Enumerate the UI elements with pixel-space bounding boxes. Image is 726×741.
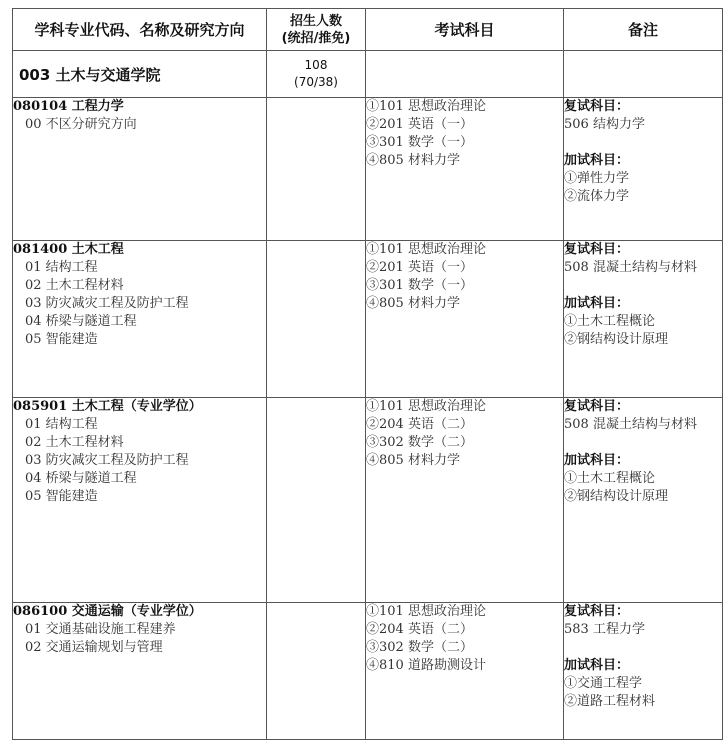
major-title: 085901 土木工程（专业学位）	[13, 398, 266, 416]
retest-item: 508 混凝土结构与材料	[564, 416, 722, 434]
extra-heading: 加试科目：	[564, 452, 722, 470]
major-cell: 085901 土木工程（专业学位） 01 结构工程 02 土木工程材料 03 防…	[13, 398, 267, 603]
extra-heading: 加试科目：	[564, 295, 722, 313]
subject-item: ④805 材料力学	[366, 452, 563, 470]
retest-item: 583 工程力学	[564, 621, 722, 639]
subjects-cell: ①101 思想政治理论 ②204 英语（二） ③302 数学（二） ④810 道…	[366, 603, 564, 740]
retest-item: 508 混凝土结构与材料	[564, 259, 722, 277]
retest-heading: 复试科目：	[564, 603, 722, 621]
subject-item: ④805 材料力学	[366, 295, 563, 313]
retest-item: 506 结构力学	[564, 116, 722, 134]
enrollment-cell	[267, 98, 366, 241]
table-row: 086100 交通运输（专业学位） 01 交通基础设施工程建养 02 交通运输规…	[13, 603, 723, 740]
enrollment-cell	[267, 241, 366, 398]
subject-item: ①101 思想政治理论	[366, 241, 563, 259]
major-title: 081400 土木工程	[13, 241, 266, 259]
direction-item: 03 防灾减灾工程及防护工程	[13, 452, 266, 470]
direction-item: 02 土木工程材料	[13, 277, 266, 295]
direction-item: 00 不区分研究方向	[13, 116, 266, 134]
major-title: 080104 工程力学	[13, 98, 266, 116]
direction-item: 01 结构工程	[13, 259, 266, 277]
direction-item: 03 防灾减灾工程及防护工程	[13, 295, 266, 313]
subject-item: ④805 材料力学	[366, 152, 563, 170]
notes-cell: 复试科目： 508 混凝土结构与材料 加试科目： ①土木工程概论 ②钢结构设计原…	[564, 241, 723, 398]
header-major: 学科专业代码、名称及研究方向	[13, 9, 267, 51]
retest-heading: 复试科目：	[564, 241, 722, 259]
admissions-table: 学科专业代码、名称及研究方向 招生人数 (统招/推免) 考试科目 备注 003 …	[12, 8, 723, 740]
major-title: 086100 交通运输（专业学位）	[13, 603, 266, 621]
subjects-cell: ①101 思想政治理论 ②201 英语（一） ③301 数学（一） ④805 材…	[366, 98, 564, 241]
subject-item: ①101 思想政治理论	[366, 98, 563, 116]
extra-item: ①交通工程学	[564, 675, 722, 693]
subject-item: ③301 数学（一）	[366, 134, 563, 152]
enrollment-cell	[267, 398, 366, 603]
direction-item: 02 交通运输规划与管理	[13, 639, 266, 657]
college-enrollment-split: (70/38)	[267, 74, 365, 91]
header-enrollment-line1: 招生人数	[267, 13, 365, 30]
direction-item: 02 土木工程材料	[13, 434, 266, 452]
direction-item: 01 结构工程	[13, 416, 266, 434]
major-cell: 086100 交通运输（专业学位） 01 交通基础设施工程建养 02 交通运输规…	[13, 603, 267, 740]
major-cell: 080104 工程力学 00 不区分研究方向	[13, 98, 267, 241]
subject-item: ②204 英语（二）	[366, 621, 563, 639]
notes-cell: 复试科目： 508 混凝土结构与材料 加试科目： ①土木工程概论 ②钢结构设计原…	[564, 398, 723, 603]
subject-item: ④810 道路勘测设计	[366, 657, 563, 675]
college-row: 003 土木与交通学院 108 (70/38)	[13, 51, 723, 98]
direction-item: 01 交通基础设施工程建养	[13, 621, 266, 639]
major-cell: 081400 土木工程 01 结构工程 02 土木工程材料 03 防灾减灾工程及…	[13, 241, 267, 398]
college-enrollment-total: 108	[267, 57, 365, 74]
notes-cell: 复试科目： 506 结构力学 加试科目： ①弹性力学 ②流体力学	[564, 98, 723, 241]
header-enrollment-line2: (统招/推免)	[267, 30, 365, 47]
direction-item: 04 桥梁与隧道工程	[13, 470, 266, 488]
direction-item: 04 桥梁与隧道工程	[13, 313, 266, 331]
retest-heading: 复试科目：	[564, 98, 722, 116]
header-enrollment: 招生人数 (统招/推免)	[267, 9, 366, 51]
enrollment-cell	[267, 603, 366, 740]
table-row: 081400 土木工程 01 结构工程 02 土木工程材料 03 防灾减灾工程及…	[13, 241, 723, 398]
table-header-row: 学科专业代码、名称及研究方向 招生人数 (统招/推免) 考试科目 备注	[13, 9, 723, 51]
notes-cell: 复试科目： 583 工程力学 加试科目： ①交通工程学 ②道路工程材料	[564, 603, 723, 740]
extra-item: ②钢结构设计原理	[564, 331, 722, 349]
subjects-cell: ①101 思想政治理论 ②204 英语（二） ③302 数学（二） ④805 材…	[366, 398, 564, 603]
table-row: 080104 工程力学 00 不区分研究方向 ①101 思想政治理论 ②201 …	[13, 98, 723, 241]
retest-heading: 复试科目：	[564, 398, 722, 416]
extra-heading: 加试科目：	[564, 152, 722, 170]
extra-item: ①土木工程概论	[564, 470, 722, 488]
subject-item: ③302 数学（二）	[366, 639, 563, 657]
direction-item: 05 智能建造	[13, 331, 266, 349]
college-enrollment: 108 (70/38)	[267, 57, 365, 91]
header-subjects: 考试科目	[366, 9, 564, 51]
extra-item: ①弹性力学	[564, 170, 722, 188]
extra-item: ②钢结构设计原理	[564, 488, 722, 506]
subject-item: ①101 思想政治理论	[366, 603, 563, 621]
subject-item: ③301 数学（一）	[366, 277, 563, 295]
college-name: 003 土木与交通学院	[13, 64, 266, 85]
extra-item: ②流体力学	[564, 188, 722, 206]
extra-heading: 加试科目：	[564, 657, 722, 675]
subject-item: ①101 思想政治理论	[366, 398, 563, 416]
extra-item: ①土木工程概论	[564, 313, 722, 331]
subject-item: ②204 英语（二）	[366, 416, 563, 434]
subjects-cell: ①101 思想政治理论 ②201 英语（一） ③301 数学（一） ④805 材…	[366, 241, 564, 398]
extra-item: ②道路工程材料	[564, 693, 722, 711]
subject-item: ②201 英语（一）	[366, 116, 563, 134]
subject-item: ③302 数学（二）	[366, 434, 563, 452]
subject-item: ②201 英语（一）	[366, 259, 563, 277]
table-row: 085901 土木工程（专业学位） 01 结构工程 02 土木工程材料 03 防…	[13, 398, 723, 603]
direction-item: 05 智能建造	[13, 488, 266, 506]
header-notes: 备注	[564, 9, 723, 51]
